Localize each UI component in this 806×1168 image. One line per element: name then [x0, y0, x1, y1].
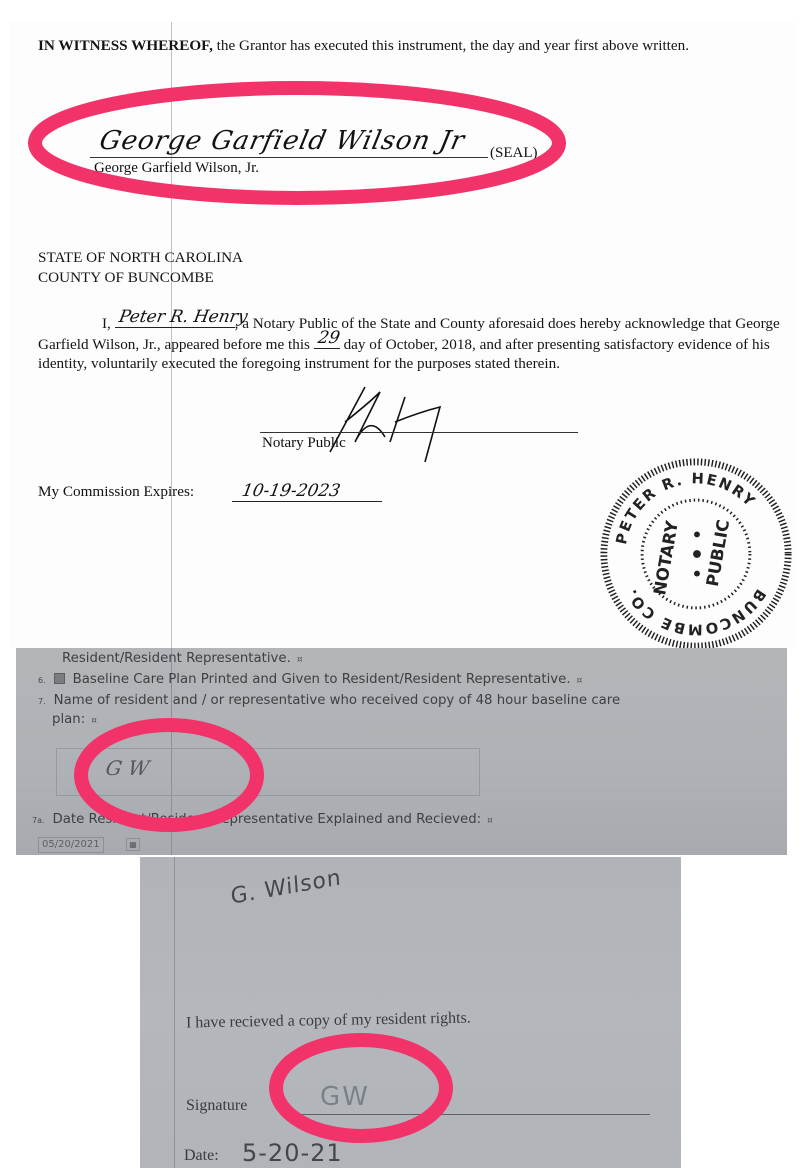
seal-notary-text: NOTARY — [650, 518, 682, 596]
careplan-item-7a: 7a.Date Resident/Resident Representative… — [32, 812, 493, 827]
commission-date-handwritten: 10-19-2023 — [240, 481, 342, 501]
notary-intro: I, — [102, 315, 111, 332]
careplan-initials: G W — [104, 756, 151, 780]
date-label: Date: — [184, 1147, 219, 1165]
svg-text:PETER R. HENRY: PETER R. HENRY — [613, 470, 759, 546]
careplan-item-7-cont: plan:¤ — [52, 712, 97, 727]
careplan-item-7: 7.Name of resident and / or representati… — [38, 693, 620, 708]
checked-checkbox-icon — [54, 673, 65, 684]
signature-label: Signature — [186, 1097, 247, 1115]
notary-public-label: Notary Public — [262, 435, 346, 452]
baseline-care-plan-form: Resident/Resident Representative.¤ 6.Bas… — [16, 648, 787, 855]
notary-name-handwritten: Peter R. Henry — [117, 308, 249, 327]
careplan-line-top: Resident/Resident Representative.¤ — [62, 651, 303, 666]
notary-acknowledgment: I, Peter R. Henry, a Notary Public of th… — [38, 312, 783, 373]
rights-statement: I have recieved a copy of my resident ri… — [186, 1010, 471, 1033]
grantor-printed-name: George Garfield Wilson, Jr. — [94, 160, 259, 177]
notary-signature-line — [260, 432, 578, 433]
seal-outer-text: PETER R. HENRY — [613, 470, 759, 546]
day-blank: 29 — [314, 333, 340, 349]
resident-name-handwritten: G. Wilson — [230, 865, 342, 910]
scan-margin-line — [174, 857, 175, 1168]
day-handwritten: 29 — [316, 329, 341, 348]
county-line: COUNTY OF BUNCOMBE — [38, 268, 214, 287]
grantor-signature: George Garfield Wilson Jr — [97, 126, 468, 156]
rights-signature-initials: GW — [320, 1082, 370, 1112]
witness-text: the Grantor has executed this instrument… — [213, 37, 689, 54]
state-line: STATE OF NORTH CAROLINA — [38, 248, 243, 267]
seal-public-text: PUBLIC — [703, 518, 733, 588]
date-handwritten: 5-20-21 — [242, 1139, 343, 1167]
signature-line — [290, 1114, 650, 1115]
explained-date-field: 05/20/2021 — [38, 837, 104, 853]
calendar-icon: ▦ — [126, 838, 140, 851]
witness-heading: IN WITNESS WHEREOF, — [38, 37, 213, 54]
commission-label: My Commission Expires: — [38, 483, 194, 501]
careplan-item-6: 6.Baseline Care Plan Printed and Given t… — [38, 672, 582, 687]
notary-name-blank: Peter R. Henry — [115, 312, 235, 328]
notarized-deed-page: IN WITNESS WHEREOF, the Grantor has exec… — [10, 22, 797, 648]
witness-clause: IN WITNESS WHEREOF, the Grantor has exec… — [38, 36, 758, 55]
notary-seal-icon: PETER R. HENRY BUNCOMBE CO. NOTARY PUBLI… — [598, 456, 794, 652]
seal-label: (SEAL) — [490, 145, 538, 162]
commission-date-blank: 10-19-2023 — [232, 484, 382, 502]
resident-rights-slip: G. Wilson I have recieved a copy of my r… — [140, 857, 681, 1168]
grantor-signature-line — [90, 157, 488, 158]
